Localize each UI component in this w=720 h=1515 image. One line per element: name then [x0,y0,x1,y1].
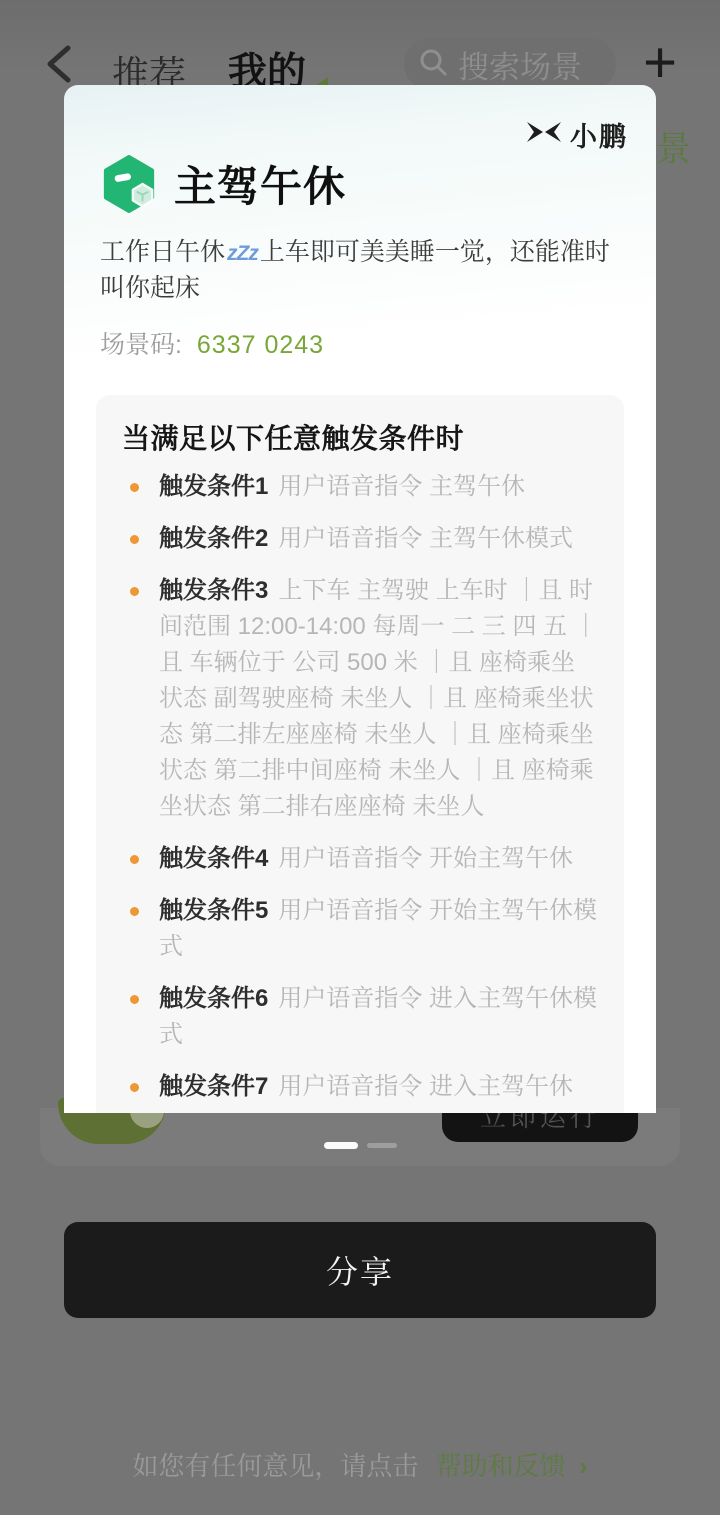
trigger-row: 触发条件2用户语音指令 主驾午休模式 [122,521,598,557]
scene-hexagon-icon [100,155,158,213]
screen: 推荐 我的 搜索场景 + 景 立即运行 [0,0,720,1515]
brand-name: 小鹏 [570,115,628,154]
trigger-value: 用户语音指令 主驾午休 [278,473,525,500]
trigger-label: 触发条件7 [159,1073,268,1100]
scene-title: 主驾午休 [174,154,346,214]
bullet-icon [130,855,139,864]
bullet-icon [130,587,139,596]
trigger-value: 用户语音指令 开始主驾午休 [278,845,573,872]
back-icon[interactable] [42,44,78,84]
scene-code-row: 场景码: 6337 0243 [100,325,620,361]
scene-description: 工作日午休zZz上车即可美美睡一觉，还能准时叫你起床 [100,235,620,305]
trigger-row: 触发条件1用户语音指令 主驾午休 [122,469,598,505]
pagination [0,1142,720,1149]
scene-share-card: 小鹏 主驾午休 工作日午休zZz上车即可美美睡一觉，还能准时叫你起床 [64,85,656,1113]
trigger-row: 触发条件5用户语音指令 开始主驾午休模式 [122,893,598,965]
search-icon [418,47,448,82]
search-placeholder: 搜索场景 [458,42,582,87]
trigger-value: 上下车 主驾驶 上车时 ｜且 时间范围 12:00-14:00 每周一 二 三 … [159,577,598,820]
share-button[interactable]: 分享 [64,1222,656,1318]
xpeng-x-logo-icon [526,120,562,149]
pagination-dot-active [324,1142,358,1149]
bullet-icon [130,907,139,916]
background-partial-text: 景 [656,122,691,172]
background-nav-bar: 推荐 我的 搜索场景 + [0,0,720,95]
trigger-label: 触发条件2 [159,525,268,552]
trigger-row: 触发条件4用户语音指令 开始主驾午休 [122,841,598,877]
trigger-label: 触发条件5 [159,897,268,924]
zzz-icon: zZz [225,242,260,265]
bullet-icon [130,483,139,492]
pagination-dot [367,1143,397,1148]
trigger-row: 触发条件3上下车 主驾驶 上车时 ｜且 时间范围 12:00-14:00 每周一… [122,573,598,825]
feedback-prefix: 如您有任何意见，请点击 [132,1451,418,1481]
trigger-row: 触发条件6用户语音指令 进入主驾午休模式 [122,981,598,1053]
scene-description-pre: 工作日午休 [100,238,225,266]
trigger-section-heading: 当满足以下任意触发条件时 [122,417,598,457]
scene-code-value: 6337 0243 [197,331,324,359]
scene-header: 主驾午休 [100,157,620,211]
trigger-label: 触发条件3 [159,577,268,604]
bullet-icon [130,995,139,1004]
trigger-conditions-card: 当满足以下任意触发条件时 触发条件1用户语音指令 主驾午休 触发条件2用户语音指… [96,395,624,1113]
trigger-label: 触发条件6 [159,985,268,1012]
chevron-right-icon: › [579,1451,588,1481]
trigger-row: 触发条件7用户语音指令 进入主驾午休 [122,1069,598,1105]
scene-code-label: 场景码: [100,331,182,359]
trigger-value: 用户语音指令 进入主驾午休 [278,1073,573,1100]
feedback-link[interactable]: 帮助和反馈 [436,1451,566,1481]
search-input[interactable]: 搜索场景 [404,38,616,90]
brand-logo: 小鹏 [526,115,628,154]
trigger-label: 触发条件1 [159,473,268,500]
bullet-icon [130,535,139,544]
feedback-footer: 如您有任何意见，请点击 帮助和反馈 › [0,1446,720,1483]
bullet-icon [130,1083,139,1092]
trigger-value: 用户语音指令 主驾午休模式 [278,525,573,552]
trigger-label: 触发条件4 [159,845,268,872]
